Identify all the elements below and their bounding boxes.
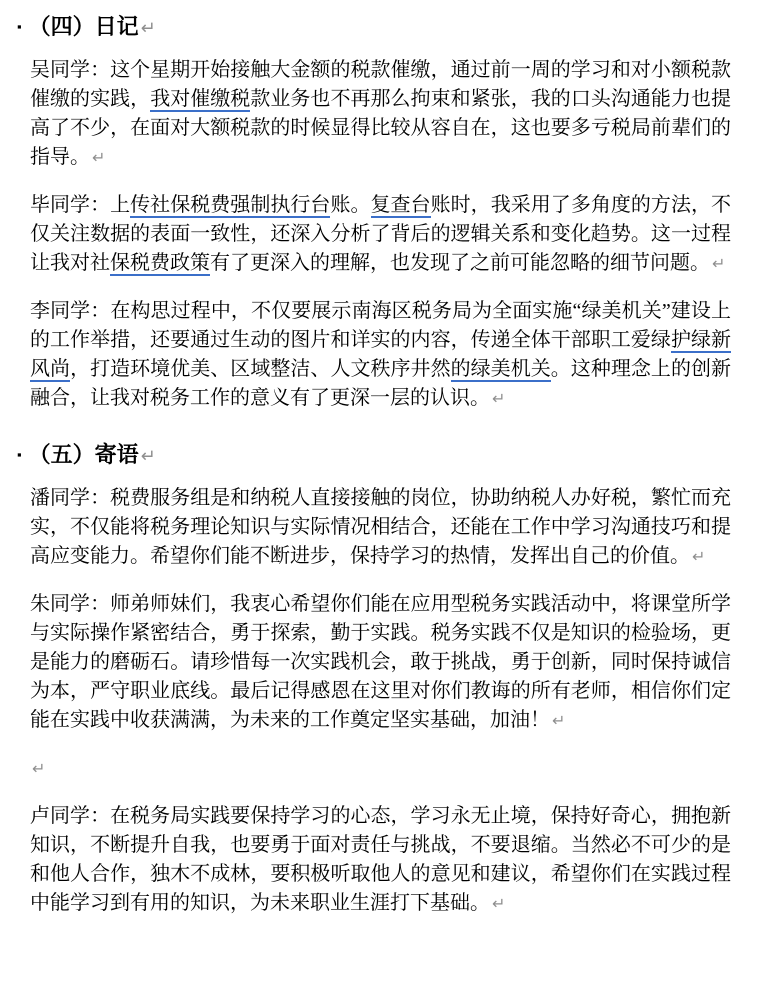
paragraph-mark-icon: ↵ xyxy=(32,759,45,778)
text-segment: 毕同学：上 xyxy=(30,194,130,216)
text-segment: 账。 xyxy=(330,194,370,216)
text-segment: ，打造环境优美、区域整洁、人文秩序井然 xyxy=(70,358,451,380)
underlined-text-segment: 复查台 xyxy=(371,194,431,218)
paragraph: 吴同学：这个星期开始接触大金额的税款催缴，通过前一周的学习和对小额税款催缴的实践… xyxy=(30,56,731,172)
section-heading-text: （五）寄语 xyxy=(29,442,139,467)
paragraph: 朱同学：师弟师妹们，我衷心希望你们能在应用型税务实践活动中，将课堂所学与实际操作… xyxy=(30,590,731,735)
paragraph-mark-icon: ↵ xyxy=(712,254,725,273)
text-segment: 卢同学：在税务局实践要保持学习的心态，学习永无止境，保持好奇心，拥抱新知识，不断… xyxy=(30,805,731,914)
underlined-text-segment: 保税费政策 xyxy=(110,252,210,276)
paragraph-mark-icon: ↵ xyxy=(92,148,105,167)
paragraph: 潘同学：税费服务组是和纳税人直接接触的岗位，协助纳税人办好税，繁忙而充实，不仅能… xyxy=(30,484,731,571)
paragraph-mark-icon: ↵ xyxy=(141,446,156,467)
empty-paragraph: ↵ xyxy=(30,754,731,783)
underlined-text-segment: 我对催缴税 xyxy=(150,88,250,112)
section-heading-text: （四）日记 xyxy=(29,14,139,39)
text-segment: 李同学：在构思过程中，不仅要展示南海区税务局为全面实施“绿美机关”建设上的工作举… xyxy=(30,300,731,351)
paragraph: 李同学：在构思过程中，不仅要展示南海区税务局为全面实施“绿美机关”建设上的工作举… xyxy=(30,297,731,413)
text-segment: 朱同学：师弟师妹们，我衷心希望你们能在应用型税务实践活动中，将课堂所学与实际操作… xyxy=(30,593,731,731)
text-segment: 有了更深入的理解，也发现了之前可能忽略的细节问题。 xyxy=(210,252,710,274)
paragraph-mark-icon: ↵ xyxy=(141,18,156,39)
section-heading: ▪（四）日记↵ xyxy=(30,12,731,44)
paragraph-mark-icon: ↵ xyxy=(492,894,505,913)
text-segment: 潘同学：税费服务组是和纳税人直接接触的岗位，协助纳税人办好税，繁忙而充实，不仅能… xyxy=(30,487,731,567)
underlined-text-segment: 传社保税费强制执行台 xyxy=(130,194,330,218)
heading-bullet-icon: ▪ xyxy=(17,20,22,33)
document-body: ▪（四）日记↵吴同学：这个星期开始接触大金额的税款催缴，通过前一周的学习和对小额… xyxy=(30,12,731,918)
paragraph-mark-icon: ↵ xyxy=(692,547,705,566)
paragraph-mark-icon: ↵ xyxy=(552,711,565,730)
paragraph-mark-icon: ↵ xyxy=(492,389,505,408)
underlined-text-segment: 的绿美机关 xyxy=(451,358,551,382)
document-page[interactable]: ▪（四）日记↵吴同学：这个星期开始接触大金额的税款催缴，通过前一周的学习和对小额… xyxy=(0,0,772,1006)
paragraph: 卢同学：在税务局实践要保持学习的心态，学习永无止境，保持好奇心，拥抱新知识，不断… xyxy=(30,802,731,918)
section-heading: ▪（五）寄语↵ xyxy=(30,440,731,472)
heading-bullet-icon: ▪ xyxy=(17,448,22,461)
paragraph: 毕同学：上传社保税费强制执行台账。复查台账时，我采用了多角度的方法，不仅关注数据… xyxy=(30,191,731,278)
